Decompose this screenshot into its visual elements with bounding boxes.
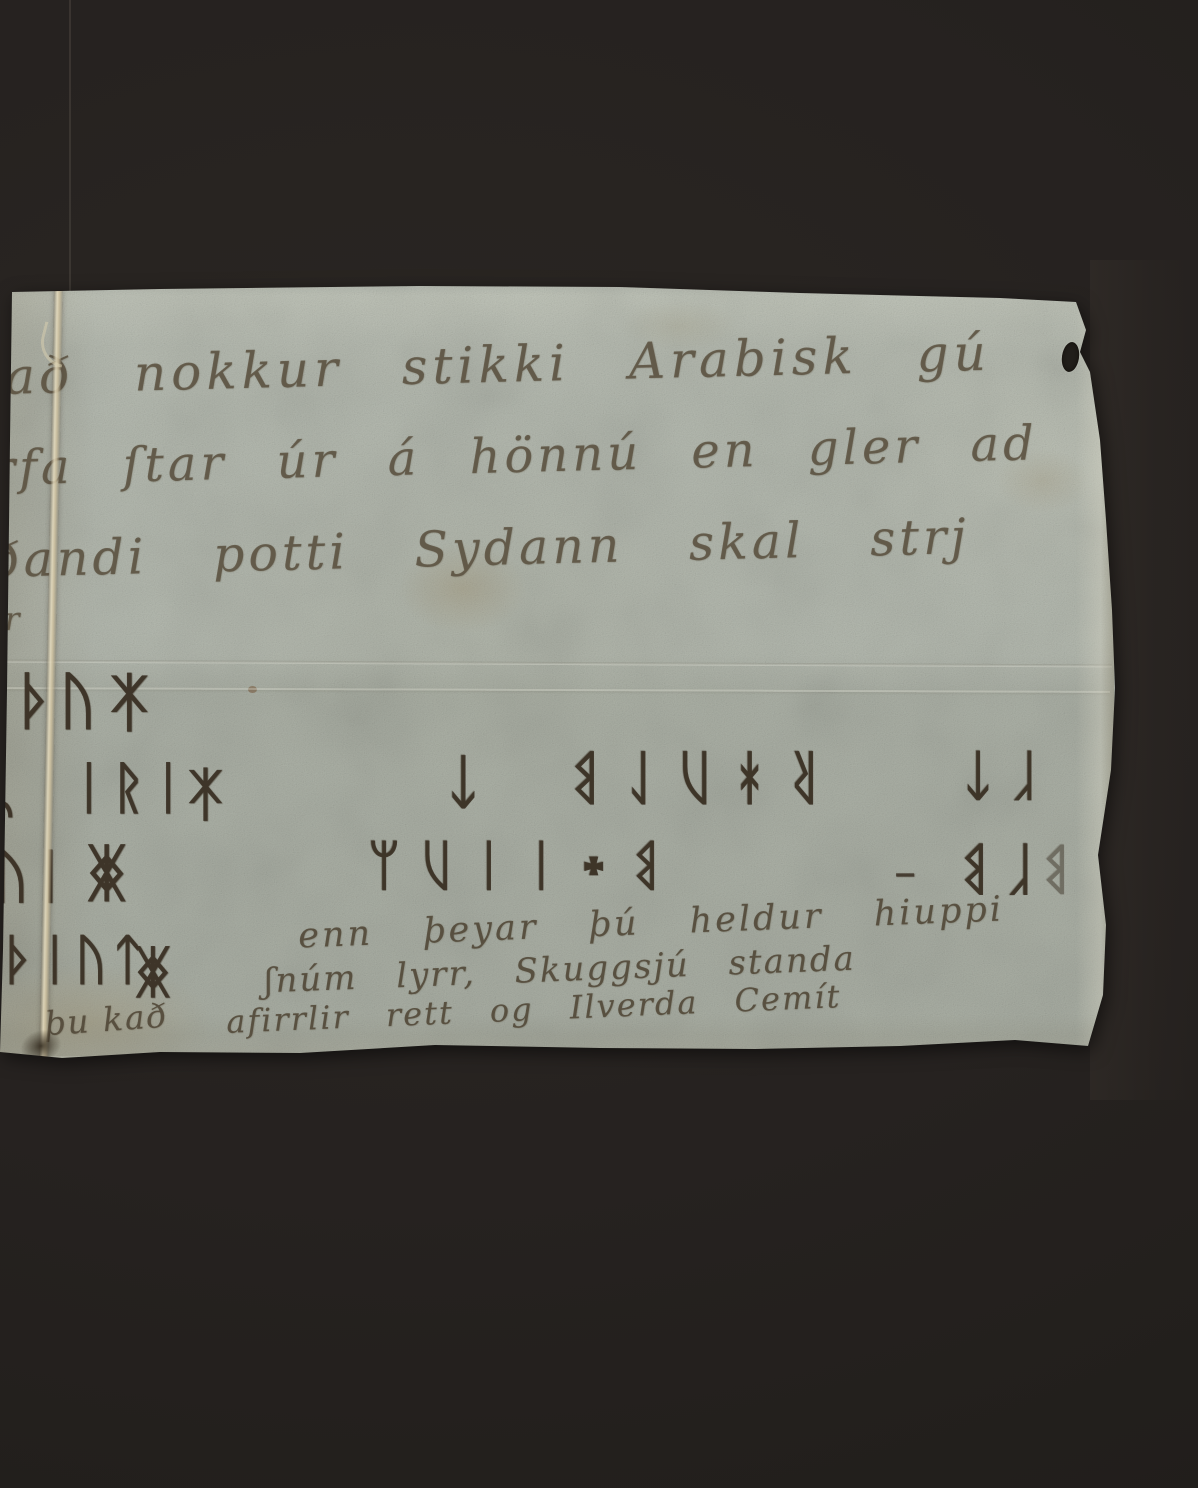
rune-star-glyph: ᛡ — [188, 760, 223, 828]
rune-glyphs: ᚦᚢ — [16, 664, 102, 737]
paper-shadow-wrap: lað nokkur stikki Arabisk gú rfa ſtar úr… — [0, 0, 1198, 1488]
inverted-rune-faded: ᛒ — [1040, 838, 1072, 901]
rune-anchor-glyph: ᛤ — [88, 836, 125, 909]
handwriting-line-fragment: ir — [0, 600, 20, 639]
rune-glyphs: ᛁᚱᛁ — [72, 756, 191, 821]
rune-star-glyph: ᛡ — [110, 666, 148, 740]
inverted-rune-row: ᚱᚼᚢᛚᛒ — [548, 744, 822, 812]
inverted-rune-row: ᛒ᛭ᛁᛁᚢᛦ — [348, 834, 662, 897]
rune-glyphs: ᚦᛁᚢᛏ — [2, 928, 148, 991]
rune-glyphs-clipped: ᛦ — [0, 760, 16, 825]
photo-stage: lað nokkur stikki Arabisk gú rfa ſtar úr… — [0, 0, 1198, 1488]
manuscript-paper: lað nokkur stikki Arabisk gú rfa ſtar úr… — [0, 0, 1198, 1488]
inverted-rune-pair: ᚴᛏ — [948, 744, 1041, 807]
rune-glyphs-clipped: ᚢᛁ — [0, 842, 72, 910]
worn-right-edge — [1076, 305, 1114, 1045]
inverted-rune-glyph: ᛏ — [446, 748, 481, 816]
